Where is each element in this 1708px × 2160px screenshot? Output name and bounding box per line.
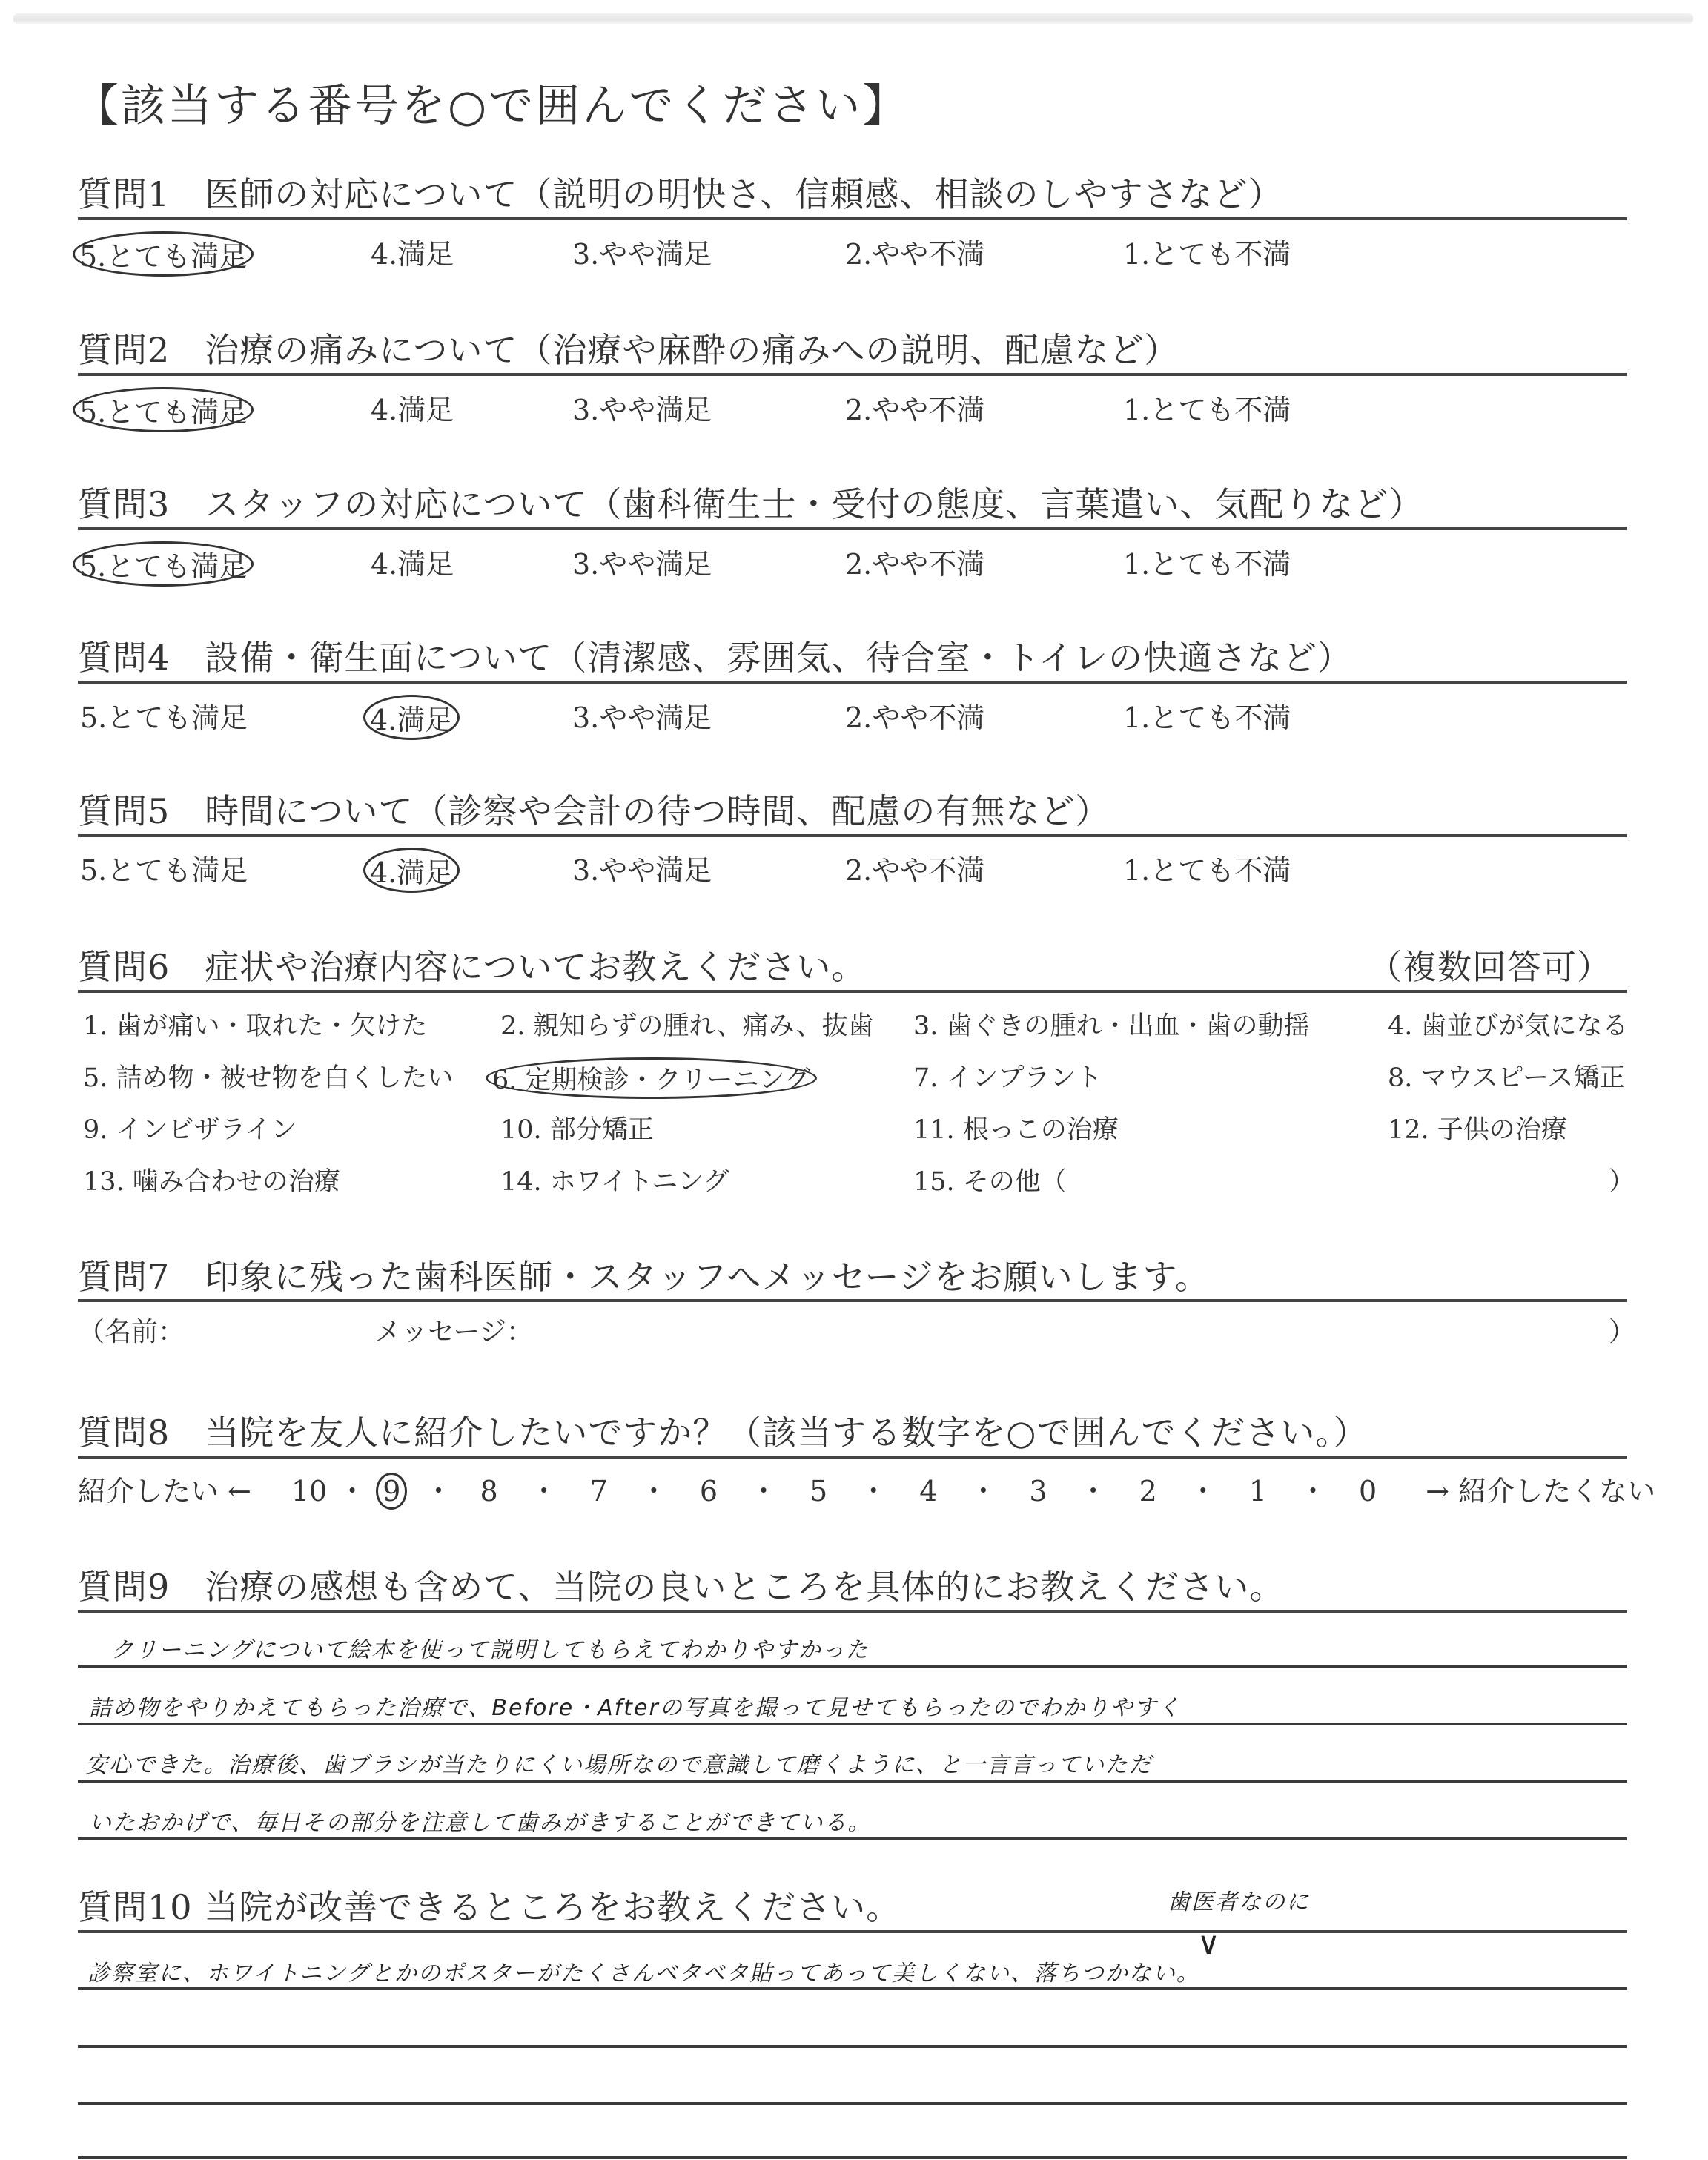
q8-value-7[interactable]: 7: [580, 1475, 618, 1507]
q2-rule: [78, 373, 1627, 376]
q4-rule: [78, 681, 1627, 684]
q2-option-3[interactable]: 3.やや満足: [572, 387, 712, 428]
q3-option-3[interactable]: 3.やや満足: [572, 541, 712, 582]
q5-heading: 質問5 時間について（診察や会計の待つ時間、配慮の有無など）: [78, 785, 1110, 833]
q6-item-4[interactable]: 4. 歯並びが気になる: [1388, 1005, 1629, 1043]
q9-answer-line-4[interactable]: いたおかげで、毎日その部分を注意して歯みがきすることができている。: [89, 1804, 871, 1837]
q3-option-5[interactable]: 5.とても満足: [80, 541, 254, 587]
q8-value-0[interactable]: 0: [1348, 1475, 1387, 1507]
q8-value-5[interactable]: 5: [799, 1475, 838, 1507]
q6-multiple-note: （複数回答可）: [1368, 940, 1612, 989]
selected-circle: 5.とても満足: [73, 541, 254, 587]
q10-writing-line: [78, 2156, 1627, 2159]
q9-answer-line-2[interactable]: 詰め物をやりかえてもらった治療で、Before・Afterの写真を撮って見せても…: [89, 1689, 1182, 1722]
q10-writing-line: [78, 2045, 1627, 2048]
q4-option-3[interactable]: 3.やや満足: [572, 695, 712, 736]
selected-circle: 4.満足: [363, 848, 460, 893]
q4-option-2[interactable]: 2.やや不満: [845, 695, 984, 736]
q10-rule: [78, 1930, 1627, 1933]
q5-option-2[interactable]: 2.やや不満: [845, 848, 984, 888]
q8-separator: ・: [1286, 1468, 1340, 1509]
q8-right-label: → 紹介したくない: [1426, 1468, 1655, 1509]
q7-message-field[interactable]: [563, 1309, 1594, 1342]
q7-name-field[interactable]: [200, 1309, 363, 1342]
selected-circle: 5.とても満足: [73, 231, 254, 277]
q1-option-2[interactable]: 2.やや不満: [845, 231, 984, 272]
q9-answer-line-1[interactable]: クリーニングについて絵本を使って説明してもらえてわかりやすかった: [111, 1631, 870, 1664]
q9-heading: 質問9 治療の感想も含めて、当院の良いところを具体的にお教えください。: [78, 1560, 1284, 1609]
q3-rule: [78, 527, 1627, 530]
q10-writing-line: [78, 1987, 1627, 1990]
q6-item-11[interactable]: 11. 根っこの治療: [913, 1109, 1119, 1146]
q8-separator: ・: [956, 1468, 1010, 1509]
q5-option-4[interactable]: 4.満足: [371, 848, 460, 893]
q8-separator: ・: [337, 1468, 367, 1509]
q6-item-7[interactable]: 7. インプラント: [913, 1057, 1102, 1094]
q6-item-3[interactable]: 3. 歯ぐきの腫れ・出血・歯の動揺: [913, 1005, 1310, 1043]
q5-rule: [78, 834, 1627, 837]
q5-option-5[interactable]: 5.とても満足: [80, 848, 248, 888]
q6-rule: [78, 990, 1627, 993]
q1-heading: 質問1 医師の対応について（説明の明快さ、信頼感、相談のしやすさなど）: [78, 168, 1283, 217]
q7-rule: [78, 1299, 1627, 1302]
q9-writing-line: [78, 1665, 1627, 1668]
q9-rule: [78, 1610, 1627, 1613]
q8-value-10[interactable]: 10: [290, 1475, 328, 1507]
q8-value-6[interactable]: 6: [689, 1475, 728, 1507]
q4-option-1[interactable]: 1.とても不満: [1123, 695, 1291, 736]
q6-item-5[interactable]: 5. 詰め物・被せ物を白くしたい: [83, 1057, 454, 1094]
q1-option-5[interactable]: 5.とても満足: [80, 231, 254, 277]
insertion-caret-icon: ∨: [1197, 1925, 1220, 1961]
selected-circle: 4.満足: [363, 695, 460, 740]
scan-top-edge: [13, 13, 1693, 24]
q10-insertion-note: 歯医者なのに: [1168, 1883, 1310, 1916]
q10-heading: 質問10 当院が改善できるところをお教えください。: [78, 1880, 901, 1929]
q2-heading: 質問2 治療の痛みについて（治療や麻酔の痛みへの説明、配慮など）: [78, 323, 1179, 372]
q9-writing-line: [78, 1723, 1627, 1725]
q8-separator: ・: [1176, 1468, 1230, 1509]
q1-option-3[interactable]: 3.やや満足: [572, 231, 712, 272]
q6-item-2[interactable]: 2. 親知らずの腫れ、痛み、抜歯: [500, 1005, 874, 1043]
q6-item-10[interactable]: 10. 部分矯正: [500, 1109, 654, 1146]
q6-heading: 質問6 症状や治療内容についてお教えください。: [78, 940, 866, 989]
q4-heading: 質問4 設備・衛生面について（清潔感、雰囲気、待合室・トイレの快適さなど）: [78, 631, 1352, 680]
q6-item-8[interactable]: 8. マウスピース矯正: [1388, 1057, 1625, 1094]
q2-option-5[interactable]: 5.とても満足: [80, 387, 254, 432]
q8-separator: ・: [737, 1468, 790, 1509]
q3-option-2[interactable]: 2.やや不満: [845, 541, 984, 582]
q10-answer-line-1[interactable]: 診察室に、ホワイトニングとかのポスターがたくさんベタベタ貼ってあって美しくない、…: [87, 1955, 1200, 1987]
q8-rule: [78, 1456, 1627, 1459]
q4-option-5[interactable]: 5.とても満足: [80, 695, 248, 736]
selected-circle: 6. 定期検診・クリーニング: [486, 1057, 817, 1099]
q8-value-1[interactable]: 1: [1239, 1475, 1277, 1507]
q7-message-label: メッセージ：: [374, 1311, 533, 1349]
q1-option-1[interactable]: 1.とても不満: [1123, 231, 1291, 272]
q6-item-6[interactable]: 6. 定期検診・クリーニング: [493, 1057, 817, 1099]
q2-option-4[interactable]: 4.満足: [371, 387, 454, 428]
q4-option-4[interactable]: 4.満足: [371, 695, 460, 740]
q8-recommend-scale: 紹介したい ← 10 ・ 9 ・ 8 ・ 7 ・ 6 ・ 5 ・ 4 ・ 3 ・…: [78, 1468, 1655, 1510]
q6-item-9[interactable]: 9. インビザライン: [83, 1109, 297, 1146]
q3-option-4[interactable]: 4.満足: [371, 541, 454, 582]
q8-separator: ・: [627, 1468, 681, 1509]
q7-heading: 質問7 印象に残った歯科医師・スタッフへメッセージをお願いします。: [78, 1250, 1210, 1299]
q1-rule: [78, 217, 1627, 220]
q7-name-label: （名前：: [78, 1311, 185, 1349]
q3-option-1[interactable]: 1.とても不満: [1123, 541, 1291, 582]
q8-left-label: 紹介したい ←: [78, 1468, 251, 1509]
q6-other-close-paren: ）: [1609, 1161, 1635, 1198]
q8-value-3[interactable]: 3: [1019, 1475, 1058, 1507]
q1-option-4[interactable]: 4.満足: [371, 231, 454, 272]
q9-answer-line-3[interactable]: 安心できた。治療後、歯ブラシが当たりにくい場所なので意識して磨くように、と一言言…: [85, 1746, 1153, 1779]
q6-item-13[interactable]: 13. 噛み合わせの治療: [83, 1161, 340, 1198]
q6-item-1[interactable]: 1. 歯が痛い・取れた・欠けた: [83, 1005, 428, 1043]
q8-value-2[interactable]: 2: [1129, 1475, 1168, 1507]
selected-circle: 5.とても満足: [73, 387, 254, 432]
q8-separator: ・: [517, 1468, 571, 1509]
q3-heading: 質問3 スタッフの対応について（歯科衛生士・受付の態度、言葉遣い、気配りなど）: [78, 478, 1423, 526]
page-title: 【該当する番号を○で囲んでください】: [74, 70, 909, 134]
q6-item-12[interactable]: 12. 子供の治療: [1388, 1109, 1567, 1146]
q8-separator: ・: [416, 1468, 460, 1509]
q8-value-9-selected[interactable]: 9: [376, 1473, 407, 1510]
q2-option-1[interactable]: 1.とても不満: [1123, 387, 1291, 428]
q9-writing-line: [78, 1837, 1627, 1840]
q10-writing-line: [78, 2102, 1627, 2105]
q6-item-15[interactable]: 15. その他（: [913, 1161, 1067, 1198]
q9-writing-line: [78, 1780, 1627, 1783]
q2-option-2[interactable]: 2.やや不満: [845, 387, 984, 428]
q8-separator: ・: [847, 1468, 900, 1509]
q6-item-14[interactable]: 14. ホワイトニング: [500, 1161, 729, 1198]
q8-heading: 質問8 当院を友人に紹介したいですか？（該当する数字を○で囲んでください。）: [78, 1406, 1368, 1455]
q5-option-1[interactable]: 1.とても不満: [1123, 848, 1291, 888]
q5-option-3[interactable]: 3.やや満足: [572, 848, 712, 888]
q8-separator: ・: [1067, 1468, 1120, 1509]
q8-value-8[interactable]: 8: [470, 1475, 509, 1507]
q8-value-4[interactable]: 4: [909, 1475, 947, 1507]
q7-close-paren: ）: [1609, 1311, 1635, 1349]
